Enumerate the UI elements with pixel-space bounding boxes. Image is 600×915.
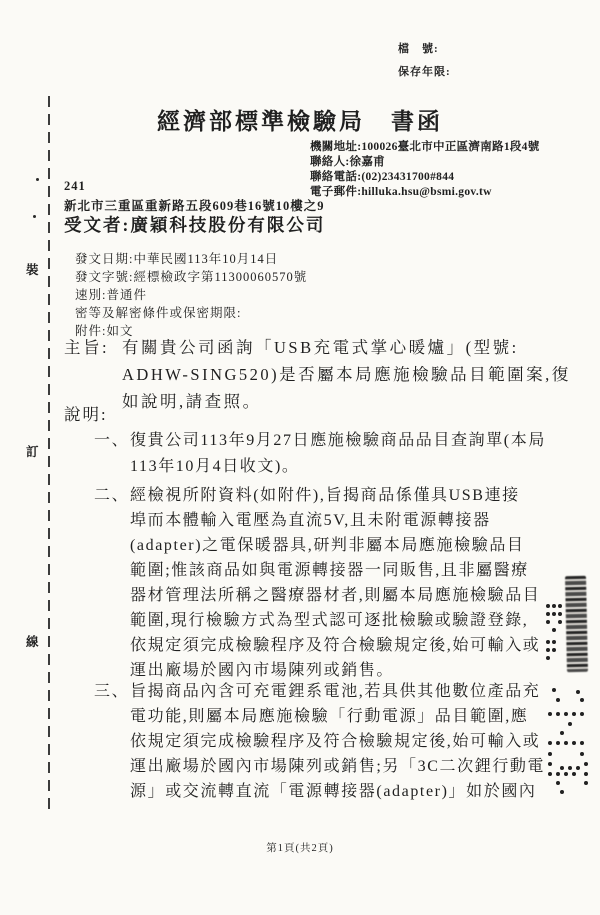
text-line: 旨揭商品內含可充電鋰系電池,若具供其他數位產品充 (130, 679, 545, 704)
dispatch-date: 發文日期:中華民國113年10月14日 (75, 250, 307, 268)
recipient-postal-code: 241 (64, 179, 86, 194)
text-line: 113年10月4日收文)。 (130, 454, 546, 480)
item-text: 旨揭商品內含可充電鋰系電池,若具供其他數位產品充電功能,則屬本局應施檢驗「行動電… (130, 679, 545, 804)
text-line: 器材管理法所稱之醫療器材者,則屬本局應施檢驗品目 (130, 583, 540, 608)
page-number: 第1頁(共2頁) (0, 840, 600, 855)
binding-mark-xian: 線 (26, 630, 39, 652)
document-title: 經濟部標準檢驗局 書函 (0, 103, 600, 136)
dispatch-security: 密等及解密條件或保密期限: (75, 304, 307, 322)
punch-dot-pattern (0, 0, 4, 4)
margin-dot (36, 178, 39, 181)
text-line: 範圍,現行檢驗方式為型式認可逐批檢驗或驗證登錄, (130, 608, 540, 633)
binding-mark-zhuang: 裝 (26, 258, 39, 280)
margin-dot (33, 215, 36, 218)
subject-text: 有關貴公司函詢「USB充電式掌心暖爐」(型號:ADHW-SING520)是否屬本… (122, 334, 571, 415)
binding-dashed-line (48, 96, 50, 812)
text-line: (adapter)之電保暖器具,研判非屬本局應施檢驗品目 (130, 533, 540, 558)
recipient-line: 受文者:廣穎科技股份有限公司 (64, 212, 325, 237)
item-number: 三、 (94, 679, 130, 804)
text-line: 復貴公司113年9月27日應施檢驗商品品目查詢單(本局 (130, 428, 546, 454)
dispatch-speed: 速別:普通件 (75, 286, 307, 304)
text-line: 電功能,則屬本局應施檢驗「行動電源」品目範圍,應 (130, 704, 545, 729)
agency-phone: 聯絡電話:(02)23431700#844 (310, 170, 540, 185)
text-line: 依規定須完成檢驗程序及符合檢驗規定後,始可輸入或 (130, 633, 540, 658)
text-line: 源」或交流轉直流「電源轉接器(adapter)」如於國內 (130, 779, 545, 804)
agency-address: 機關地址:100026臺北市中正區濟南路1段4號 (310, 140, 540, 155)
agency-contact-person: 聯絡人:徐嘉甫 (310, 155, 540, 170)
explanation-item-3: 三、 旨揭商品內含可充電鋰系電池,若具供其他數位產品充電功能,則屬本局應施檢驗「… (94, 679, 545, 804)
explanation-item-1: 一、 復貴公司113年9月27日應施檢驗商品品目查詢單(本局113年10月4日收… (94, 428, 546, 480)
dispatch-meta-block: 發文日期:中華民國113年10月14日 發文字號:經標檢政字第113000605… (75, 250, 307, 340)
text-line: 有關貴公司函詢「USB充電式掌心暖爐」(型號: (122, 334, 571, 361)
text-line: 經檢視所附資料(如附件),旨揭商品係僅具USB連接 (130, 483, 540, 508)
text-line: 依規定須完成檢驗程序及符合檢驗規定後,始可輸入或 (130, 729, 545, 754)
scanned-official-letter: 檔 號: 保存年限: 經濟部標準檢驗局 書函 機關地址:100026臺北市中正區… (0, 0, 600, 915)
file-number-label: 檔 號: (398, 38, 451, 61)
retention-period-label: 保存年限: (398, 61, 451, 84)
file-number-block: 檔 號: 保存年限: (398, 38, 451, 84)
binding-mark-ding: 訂 (26, 440, 39, 462)
dispatch-number: 發文字號:經標檢政字第11300060570號 (75, 268, 307, 286)
item-number: 一、 (94, 428, 130, 480)
explanation-label: 說明: (64, 401, 108, 425)
item-text: 復貴公司113年9月27日應施檢驗商品品目查詢單(本局113年10月4日收文)。 (130, 428, 546, 480)
item-number: 二、 (94, 483, 130, 683)
item-text: 經檢視所附資料(如附件),旨揭商品係僅具USB連接埠而本體輸入電壓為直流5V,且… (130, 483, 540, 683)
agency-contact-block: 機關地址:100026臺北市中正區濟南路1段4號 聯絡人:徐嘉甫 聯絡電話:(0… (310, 140, 540, 200)
text-line: ADHW-SING520)是否屬本局應施檢驗品目範圍案,復 (122, 361, 571, 388)
explanation-item-2: 二、 經檢視所附資料(如附件),旨揭商品係僅具USB連接埠而本體輸入電壓為直流5… (94, 483, 540, 683)
text-line: 如說明,請查照。 (122, 388, 571, 415)
subject-block: 主旨: 有關貴公司函詢「USB充電式掌心暖爐」(型號:ADHW-SING520)… (64, 334, 571, 415)
text-line: 運出廠場於國內市場陳列或銷售;另「3C二次鋰行動電 (130, 754, 545, 779)
illegible-edge-stamp (565, 576, 588, 672)
text-line: 範圍;惟該商品如與電源轉接器一同販售,且非屬醫療 (130, 558, 540, 583)
agency-email: 電子郵件:hilluka.hsu@bsmi.gov.tw (310, 185, 540, 200)
text-line: 埠而本體輸入電壓為直流5V,且未附電源轉接器 (130, 508, 540, 533)
